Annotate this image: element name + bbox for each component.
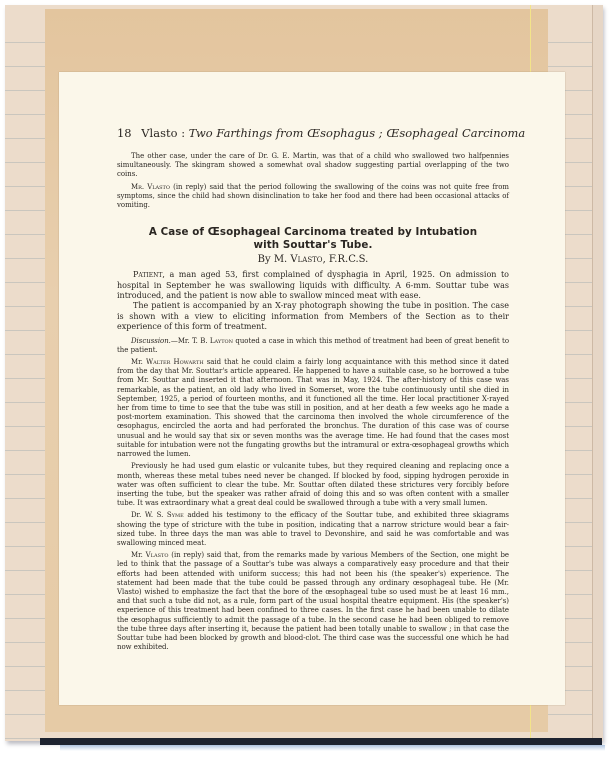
page-number: 18 — [117, 126, 132, 140]
xray-paragraph: The patient is accompanied by an X-ray p… — [117, 301, 509, 332]
discussion-label: Discussion. — [131, 337, 171, 345]
byline-name: Vlasto — [290, 254, 322, 265]
speaker-text: (in reply) said that, from the remarks m… — [117, 551, 509, 651]
page-edge — [592, 5, 603, 741]
speaker-prefix: —Mr. T. B. — [171, 337, 210, 345]
running-head: 18 Vlasto : Two Farthings from Œsophagus… — [117, 126, 509, 140]
speaker-name: Vlasto — [146, 551, 169, 559]
patient-text: , a man aged 53, first complained of dys… — [117, 270, 509, 300]
speaker-name: Mr. Vlasto — [131, 183, 170, 191]
patient-lead: Patient — [133, 270, 162, 279]
article-title: A Case of Œsophageal Carcinoma treated b… — [117, 226, 509, 251]
discussion-layton: Discussion.—Mr. T. B. Layton quoted a ca… — [117, 337, 509, 355]
running-head-author: Vlasto : — [141, 126, 185, 140]
patient-paragraph: Patient, a man aged 53, first complained… — [117, 270, 509, 301]
discussion-howarth: Mr. Walter Howarth said that he could cl… — [117, 358, 509, 459]
speaker-prefix: Mr. — [131, 551, 146, 559]
speaker-prefix: Dr. W. S. — [131, 511, 167, 519]
discussion-vlasto-reply: Mr. Vlasto (in reply) said that, from th… — [117, 551, 509, 652]
byline-suffix: , F.R.C.S. — [323, 254, 369, 265]
running-head-title: Two Farthings from Œsophagus ; Œsophagea… — [189, 126, 525, 140]
speaker-prefix: Mr. — [131, 358, 146, 366]
case-report: Patient, a man aged 53, first complained… — [117, 270, 509, 332]
article-title-line-2: with Souttar's Tube. — [117, 239, 509, 252]
binding-edge — [40, 738, 602, 745]
binding-shadow — [60, 745, 605, 751]
speaker-text: said that he could claim a fairly long a… — [117, 358, 509, 458]
previous-case-reply: Mr. Vlasto (in reply) said that the peri… — [117, 183, 509, 211]
speaker-name: Syme — [167, 511, 184, 519]
previous-case-paragraph: The other case, under the care of Dr. G.… — [117, 152, 509, 180]
discussion-howarth-continued: Previously he had used gum elastic or vu… — [117, 462, 509, 508]
speaker-name: Layton — [210, 337, 233, 345]
discussion-syme: Dr. W. S. Syme added his testimony to th… — [117, 511, 509, 548]
reply-text: (in reply) said that the period followin… — [117, 183, 509, 209]
byline: By M. Vlasto, F.R.C.S. — [117, 254, 509, 265]
speaker-name: Walter Howarth — [146, 358, 204, 366]
byline-prefix: By M. — [258, 254, 291, 265]
clipping-content: 18 Vlasto : Two Farthings from Œsophagus… — [117, 126, 509, 652]
article-title-line-1: A Case of Œsophageal Carcinoma treated b… — [117, 226, 509, 239]
